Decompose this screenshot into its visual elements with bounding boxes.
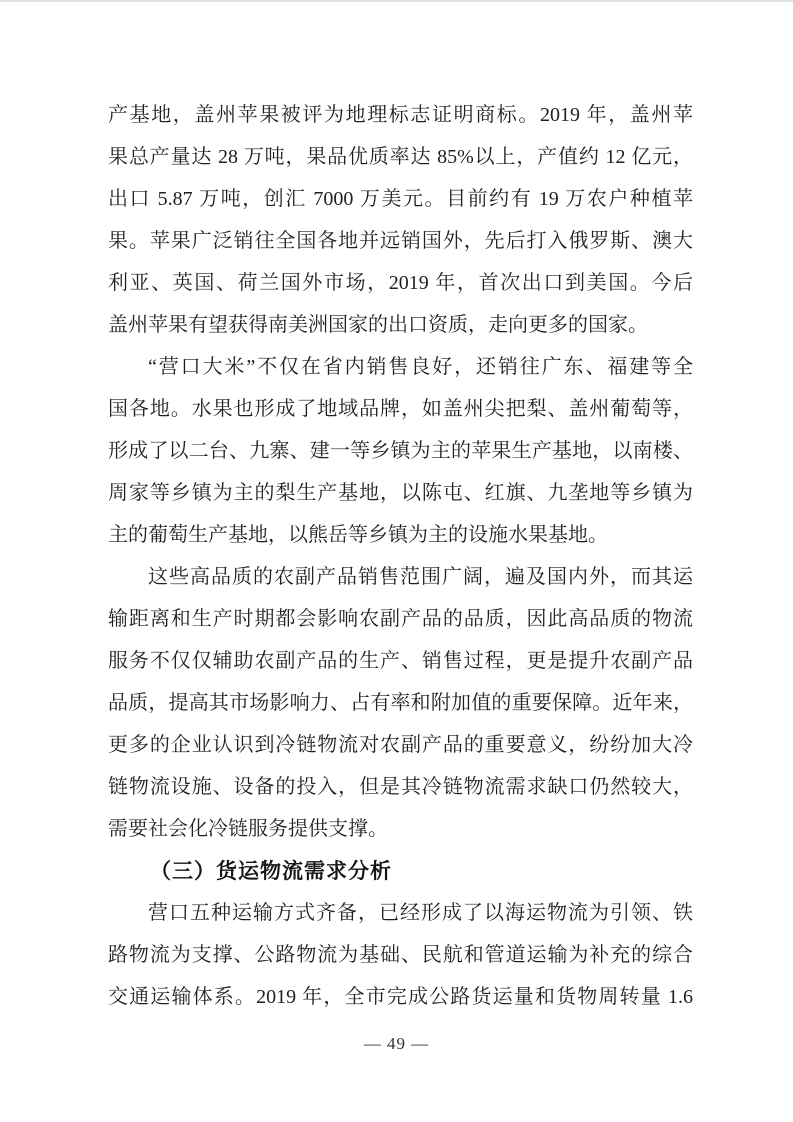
paragraph: 这些高品质的农副产品销售范围广阔，遍及国内外，而其运输距离和生产时期都会影响农副… (108, 556, 693, 850)
text-line: 营口五种运输方式齐备，已经形成了以海运物流为引领、铁 (108, 892, 693, 934)
page-top-edge (0, 0, 793, 2)
paragraph: 产基地，盖州苹果被评为地理标志证明商标。2019 年，盖州苹果总产量达 28 万… (108, 94, 693, 346)
text-line: 交通运输体系。2019 年，全市完成公路货运量和货物周转量 1.6 (108, 976, 693, 1018)
heading-line: （三）货运物流需求分析 (108, 850, 693, 892)
page-body-text: 产基地，盖州苹果被评为地理标志证明商标。2019 年，盖州苹果总产量达 28 万… (108, 94, 693, 1018)
text-line: 周家等乡镇为主的梨生产基地，以陈屯、红旗、九垄地等乡镇为 (108, 472, 693, 514)
text-line: 盖州苹果有望获得南美洲国家的出口资质，走向更多的国家。 (108, 304, 693, 346)
page-number: — 49 — (364, 1034, 430, 1053)
text-line: 更多的企业认识到冷链物流对农副产品的重要意义，纷纷加大冷 (108, 724, 693, 766)
text-line: 果。苹果广泛销往全国各地并远销国外，先后打入俄罗斯、澳大 (108, 220, 693, 262)
page-footer: — 49 — (0, 1034, 793, 1054)
text-line: 出口 5.87 万吨，创汇 7000 万美元。目前约有 19 万农户种植苹 (108, 178, 693, 220)
text-line: 输距离和生产时期都会影响农副产品的品质，因此高品质的物流 (108, 598, 693, 640)
text-line: 利亚、英国、荷兰国外市场，2019 年，首次出口到美国。今后 (108, 262, 693, 304)
text-line: 服务不仅仅辅助农副产品的生产、销售过程，更是提升农副产品 (108, 640, 693, 682)
text-line: 路物流为支撑、公路物流为基础、民航和管道运输为补充的综合 (108, 934, 693, 976)
text-line: 需要社会化冷链服务提供支撑。 (108, 808, 693, 850)
text-line: “营口大米”不仅在省内销售良好，还销往广东、福建等全 (108, 346, 693, 388)
text-line: 产基地，盖州苹果被评为地理标志证明商标。2019 年，盖州苹 (108, 94, 693, 136)
section-heading: （三）货运物流需求分析 (108, 850, 693, 892)
text-line: 这些高品质的农副产品销售范围广阔，遍及国内外，而其运 (108, 556, 693, 598)
paragraph: “营口大米”不仅在省内销售良好，还销往广东、福建等全国各地。水果也形成了地域品牌… (108, 346, 693, 556)
text-line: 品质，提高其市场影响力、占有率和附加值的重要保障。近年来， (108, 682, 693, 724)
paragraph: 营口五种运输方式齐备，已经形成了以海运物流为引领、铁路物流为支撑、公路物流为基础… (108, 892, 693, 1018)
text-line: 国各地。水果也形成了地域品牌，如盖州尖把梨、盖州葡萄等， (108, 388, 693, 430)
document-page: 产基地，盖州苹果被评为地理标志证明商标。2019 年，盖州苹果总产量达 28 万… (0, 0, 793, 1122)
text-line: 果总产量达 28 万吨，果品优质率达 85%以上，产值约 12 亿元， (108, 136, 693, 178)
text-line: 链物流设施、设备的投入，但是其冷链物流需求缺口仍然较大， (108, 766, 693, 808)
text-line: 形成了以二台、九寨、建一等乡镇为主的苹果生产基地，以南楼、 (108, 430, 693, 472)
text-line: 主的葡萄生产基地，以熊岳等乡镇为主的设施水果基地。 (108, 514, 693, 556)
